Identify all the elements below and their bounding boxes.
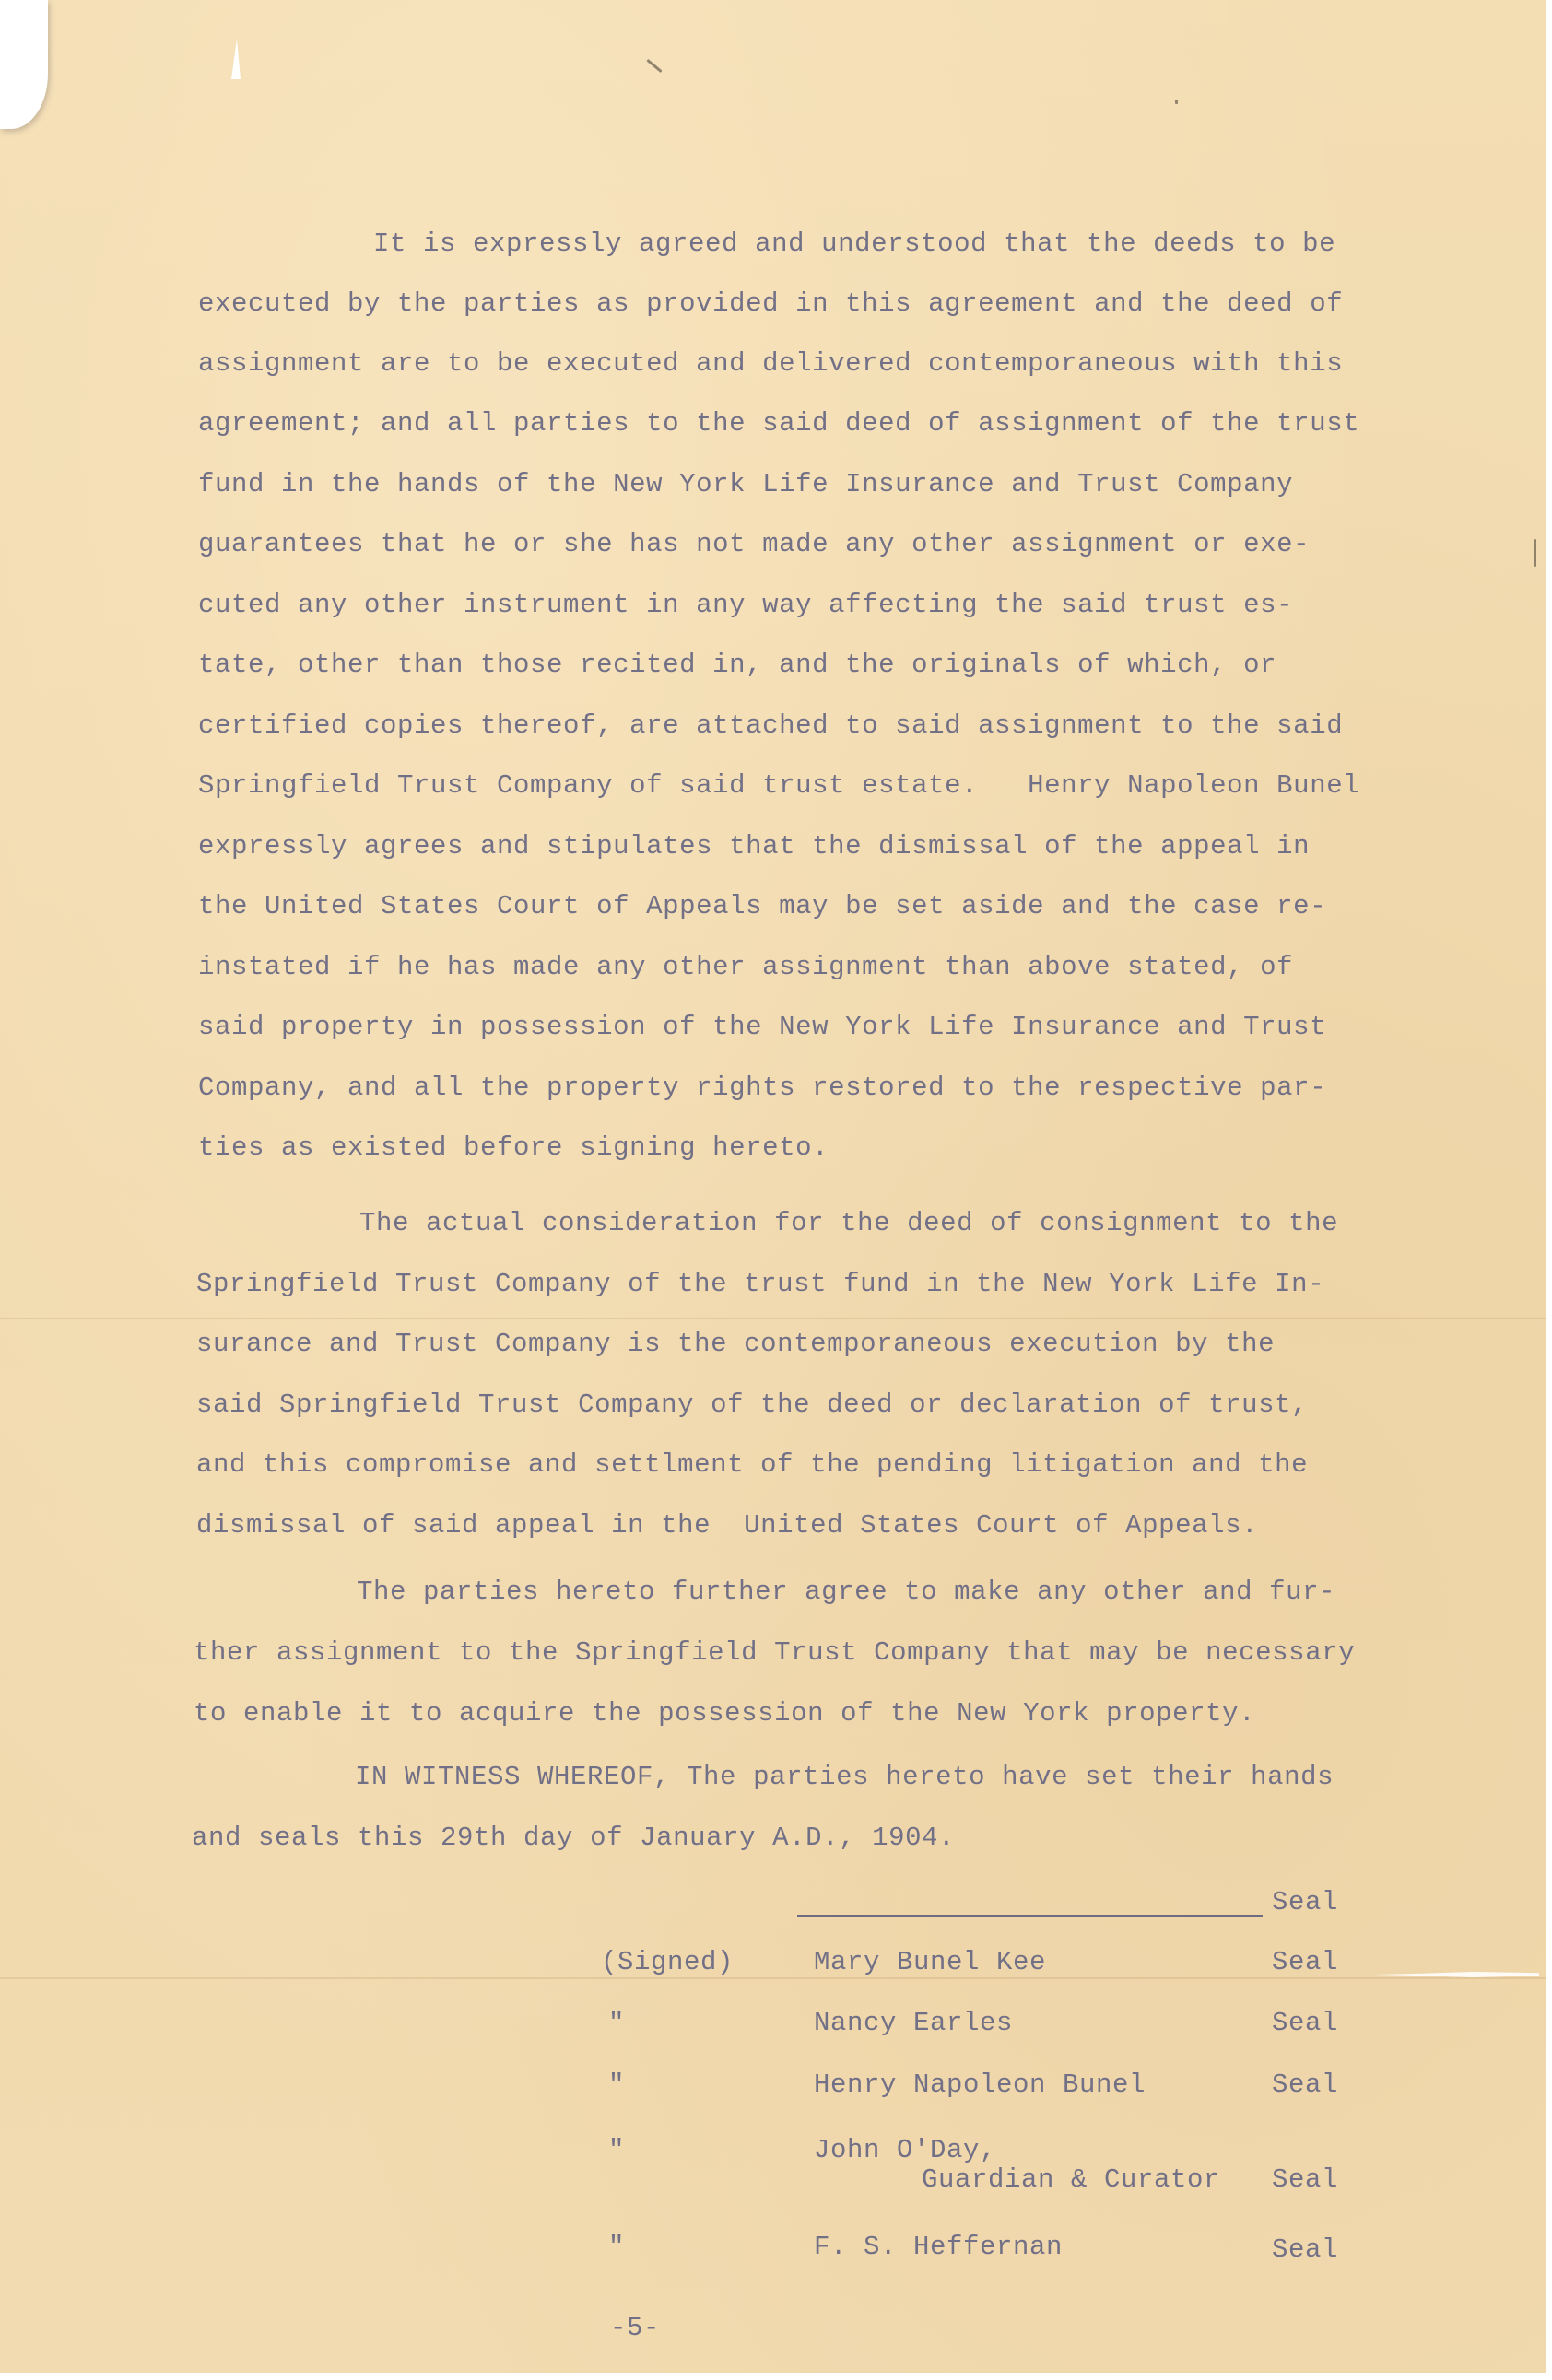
text-line: guarantees that he or she has not made a… [198, 529, 1310, 559]
text-line: The actual consideration for the deed of… [359, 1208, 1338, 1238]
text-line: and this compromise and settlment of the… [196, 1449, 1308, 1480]
seal-label: Seal [1272, 2008, 1338, 2038]
fold-crease [0, 1318, 1546, 1319]
fold-crease [0, 1977, 1546, 1979]
page-number: -5- [610, 2313, 660, 2343]
text-line: tate, other than those recited in, and t… [198, 650, 1276, 680]
text-line: cuted any other instrument in any way af… [198, 590, 1293, 620]
punch-hole [231, 39, 241, 79]
text-line: certified copies thereof, are attached t… [198, 710, 1343, 741]
text-line: IN WITNESS WHEREOF, The parties hereto h… [355, 1762, 1334, 1792]
text-line: expressly agrees and stipulates that the… [198, 831, 1310, 862]
text-line: ties as existed before signing hereto. [198, 1132, 829, 1163]
text-line: surance and Trust Company is the contemp… [196, 1329, 1275, 1359]
text-line: fund in the hands of the New York Life I… [198, 469, 1293, 499]
signature-blank-line [797, 1915, 1263, 1917]
seal-label: Seal [1272, 2234, 1338, 2265]
seal-label: Seal [1272, 1887, 1338, 1917]
text-line: instated if he has made any other assign… [198, 952, 1293, 982]
text-line: assignment are to be executed and delive… [198, 348, 1343, 379]
ditto-mark: " [608, 2069, 625, 2100]
ditto-mark: " [608, 2232, 625, 2262]
signatory-name: Mary Bunel Kee [814, 1947, 1046, 1977]
text-line: agreement; and all parties to the said d… [198, 408, 1359, 439]
paper-mark [1175, 100, 1178, 104]
torn-corner [0, 0, 48, 129]
text-line: ther assignment to the Springfield Trust… [194, 1637, 1355, 1668]
ditto-mark: " [608, 2135, 625, 2165]
text-line: and seals this 29th day of January A.D.,… [192, 1823, 955, 1853]
text-line: Company, and all the property rights res… [198, 1073, 1326, 1103]
ditto-mark: " [608, 2008, 625, 2038]
text-line: Springfield Trust Company of said trust … [198, 770, 1359, 801]
text-line: said Springfield Trust Company of the de… [196, 1389, 1308, 1420]
text-line: to enable it to acquire the possession o… [194, 1698, 1255, 1729]
signatory-title: Guardian & Curator [922, 2164, 1220, 2195]
paper-mark [646, 59, 662, 73]
signatory-name: Henry Napoleon Bunel [814, 2069, 1146, 2100]
signed-prefix: (Signed) [601, 1947, 734, 1977]
paper-mark [1534, 539, 1536, 567]
seal-label: Seal [1272, 2164, 1338, 2195]
seal-label: Seal [1272, 2069, 1338, 2100]
signatory-name: Nancy Earles [814, 2008, 1013, 2038]
seal-label: Seal [1272, 1947, 1338, 1977]
signatory-name: John O'Day, [814, 2135, 996, 2165]
text-line: the United States Court of Appeals may b… [198, 891, 1326, 921]
text-line: dismissal of said appeal in the United S… [196, 1510, 1258, 1541]
text-line: The parties hereto further agree to make… [357, 1577, 1335, 1607]
document-page: It is expressly agreed and understood th… [0, 0, 1546, 2373]
text-line: It is expressly agreed and understood th… [373, 229, 1335, 259]
text-line: Springfield Trust Company of the trust f… [196, 1269, 1324, 1299]
text-line: said property in possession of the New Y… [198, 1012, 1326, 1042]
signatory-name: F. S. Heffernan [814, 2232, 1063, 2262]
text-line: executed by the parties as provided in t… [198, 288, 1343, 319]
